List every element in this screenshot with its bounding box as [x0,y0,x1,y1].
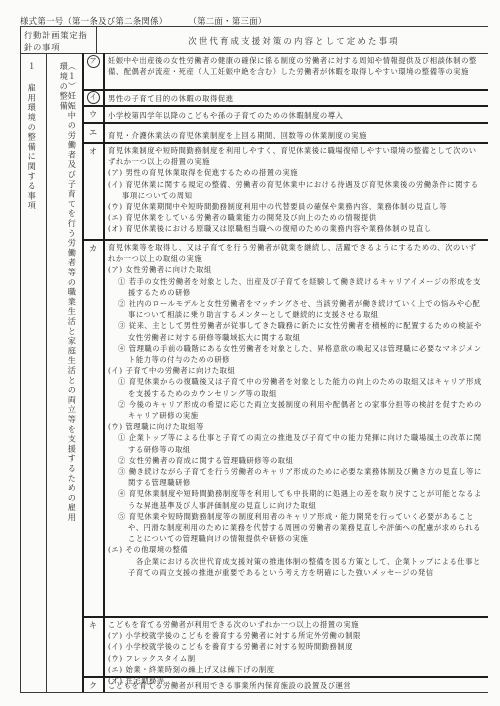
row-separator [82,142,488,144]
item-o-content: 育児休業制度や短時間勤務制度を利用しやすく、育児休業後に職場復帰しやすい環境の整… [108,145,484,235]
form-number: 様式第一号（第一条及び第二条関係） [20,16,167,26]
table-left-border [20,26,21,692]
header-divider [96,26,97,53]
subcategory-label: （１）妊娠中の労働者及び子育てを行う労働者等の職業生活と家庭生活との両立等を支援… [60,62,76,532]
item-i-content: 男性の子育て目的の休暇の取得促進 [108,93,484,104]
item-ki-content: こどもを育てる労働者が利用できる次のいずれか一つ以上の措置の実施 (ア) 小学校… [108,619,484,686]
category-label: １ 雇用環境の整備に関する事項 [28,62,36,262]
item-marker-a: ア [82,55,104,68]
row-separator [82,239,488,241]
item-marker-e: エ [82,127,104,138]
item-marker-ku: ク [82,680,104,691]
item-marker-o: オ [82,146,104,157]
table-top-border [20,26,488,27]
item-marker-ka: カ [82,243,104,254]
header-defined-items: 次世代育成支援対策の内容として定めた事項 [100,35,488,47]
item-e-content: 育児・介護休業法の育児休業制度を上回る期間、回数等の休業制度の実施 [108,130,484,141]
header-guideline-items: 行動計画策定指針の事項 [24,29,92,53]
item-u-content: 小学校第四学年以降のこどもや孫の子育てのための休暇制度の導入 [108,110,484,121]
row-separator [82,89,488,91]
row-separator [82,616,488,618]
item-marker-u: ウ [82,109,104,120]
row-separator [82,105,488,107]
item-ka-content: 育児休業等を取得し、又は子育てを行う労働者が就業を継続し、活躍できるようにするた… [108,242,484,578]
item-ku-content: こどもを育てる労働者が利用できる事業所内保育施設の設置及び運営 [108,680,484,691]
category-column-divider [46,53,47,692]
item-marker-ki: キ [82,620,104,631]
item-a-content: 妊娠中や出産後の女性労働者の健康の確保に係る制度の労働者に対する周知や情報提供及… [108,55,484,77]
table-bottom-border [20,692,488,693]
header-bottom-border [20,53,488,54]
row-separator [82,122,488,124]
page-indicator: （第二面・第三面） [188,16,266,26]
item-marker-i: イ [82,91,104,104]
